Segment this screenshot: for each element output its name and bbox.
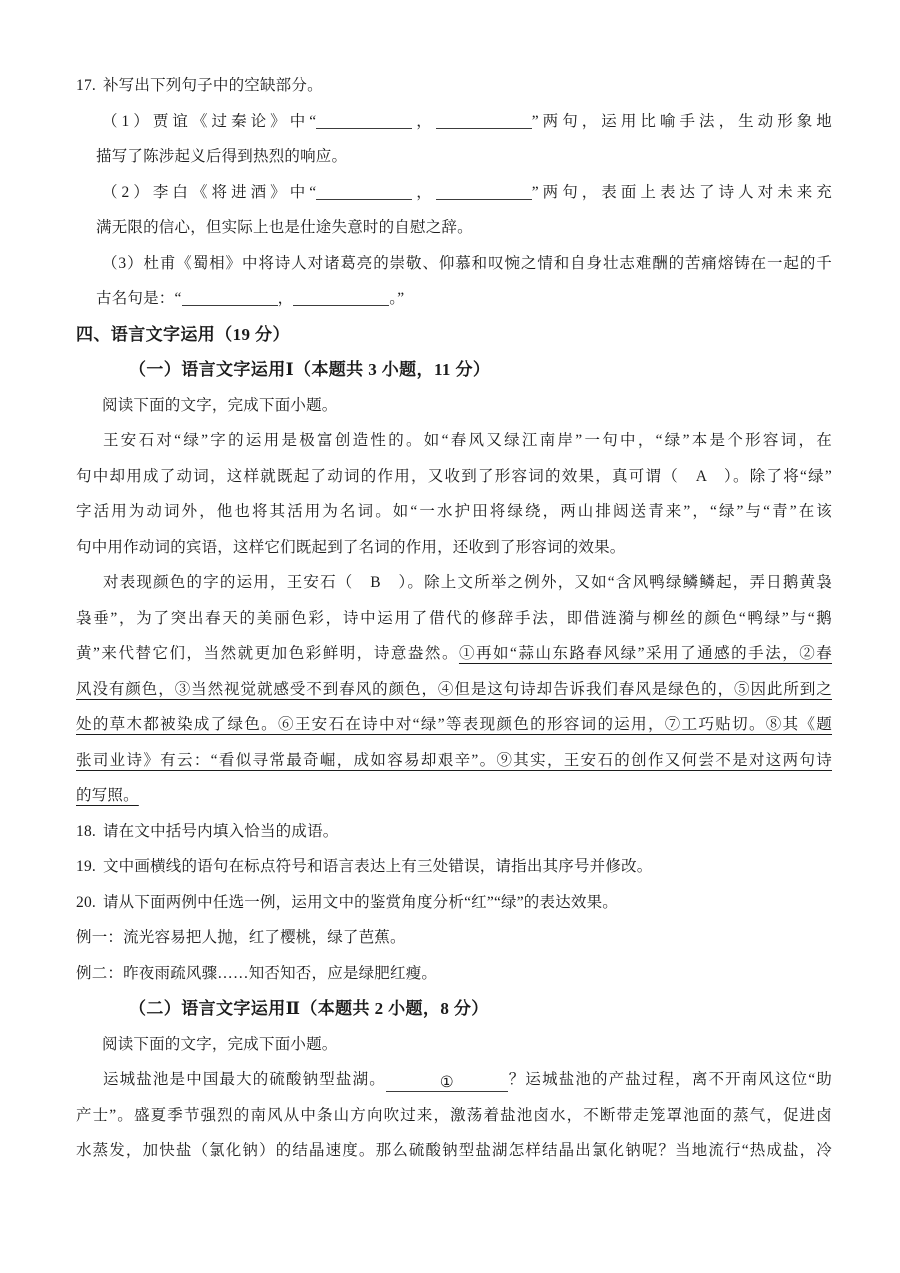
answer-blank bbox=[182, 292, 278, 306]
passage2-line6: 张司业诗》有云：“看似寻常最奇崛，成如容易却艰辛”。⑨其实，王安石的创作又何尝不… bbox=[76, 743, 832, 779]
blank-separator-comma: ， bbox=[278, 290, 294, 307]
q17-item2-line2: 满无限的信心，但实际上也是仕途失意时的自慰之辞。 bbox=[76, 210, 832, 246]
q19-number: 19. bbox=[76, 858, 96, 875]
passage3-line1: 运城盐池是中国最大的硫酸钠型盐湖。①？运城盐池的产盐过程，离不开南风这位“助 bbox=[76, 1062, 832, 1098]
q17-item1-line1: （1）贾谊《过秦论》中“，”两句，运用比喻手法，生动形象地 bbox=[76, 104, 832, 140]
q17-item2-pre-text: （2）李白《将进酒》中“ bbox=[102, 184, 316, 201]
passage2-line2-text: 袅垂”，为了突出春天的美丽色彩，诗中运用了借代的修辞手法，即借涟漪与柳丝的颜色“… bbox=[76, 610, 832, 627]
part2-reading-prompt-text: 阅读下面的文字，完成下面小题。 bbox=[102, 1036, 338, 1053]
blank-separator-comma: ， bbox=[412, 184, 435, 201]
part2-heading: （二）语言文字运用Ⅱ（本题共 2 小题，8 分） bbox=[76, 991, 832, 1027]
answer-blank bbox=[436, 115, 532, 129]
passage1-line3: 字活用为动词外，他也将其活用为名词。如“一水护田将绿绕，两山排闼送青来”，“绿”… bbox=[76, 494, 832, 530]
part1-heading-text: （一）语言文字运用Ⅰ（本题共 3 小题，11 分） bbox=[129, 360, 490, 379]
passage2-line5: 处的草木都被染成了绿色。⑥王安石在诗中对“绿”等表现颜色的形容词的运用，⑦工巧贴… bbox=[76, 707, 832, 743]
underlined-sentence-line: 风没有颜色，③当然视觉就感受不到春风的颜色，④但是这句诗却告诉我们春风是绿色的，… bbox=[76, 681, 832, 698]
passage1-line3-text: 字活用为动词外，他也将其活用为名词。如“一水护田将绿绕，两山排闼送青来”，“绿”… bbox=[76, 503, 832, 520]
part1-heading: （一）语言文字运用Ⅰ（本题共 3 小题，11 分） bbox=[76, 352, 832, 388]
q20-line: 20.请从下面两例中任选一例，运用文中的鉴赏角度分析“红”“绿”的表达效果。 bbox=[76, 885, 832, 921]
passage3-line2-text: 产士”。盛夏季节强烈的南风从中条山方向吹过来，激荡着盐池卤水，不断带走笼罩池面的… bbox=[76, 1107, 832, 1124]
blank-number-label: ① bbox=[440, 1074, 454, 1091]
passage2-line3-plain-text: 黄”来代替它们，当然就更加色彩鲜明，诗意盎然。 bbox=[76, 645, 459, 662]
q20-example2-text: 例二：昨夜雨疏风骤……知否知否，应是绿肥红瘦。 bbox=[76, 965, 437, 982]
q19-stem: 文中画横线的语句在标点符号和语言表达上有三处错误，请指出其序号并修改。 bbox=[103, 858, 653, 875]
passage3-line2: 产士”。盛夏季节强烈的南风从中条山方向吹过来，激荡着盐池卤水，不断带走笼罩池面的… bbox=[76, 1098, 832, 1134]
q17-number: 17. bbox=[76, 77, 96, 94]
q18-stem: 请在文中括号内填入恰当的成语。 bbox=[103, 823, 339, 840]
q17-item3-line1: （3）杜甫《蜀相》中将诗人对诸葛亮的崇敬、仰慕和叹惋之情和自身壮志难酬的苦痛熔铸… bbox=[76, 246, 832, 282]
passage2-line2: 袅垂”，为了突出春天的美丽色彩，诗中运用了借代的修辞手法，即借涟漪与柳丝的颜色“… bbox=[76, 601, 832, 637]
q17-item2-line1: （2）李白《将进酒》中“，”两句，表面上表达了诗人对未来充 bbox=[76, 175, 832, 211]
section4-heading-text: 四、语言文字运用（19 分） bbox=[76, 325, 290, 344]
passage1-line1: 王安石对“绿”字的运用是极富创造性的。如“春风又绿江南岸”一句中，“绿”本是个形… bbox=[76, 423, 832, 459]
passage2-line1: 对表现颜色的字的运用，王安石（ B ）。除上文所举之例外，又如“含风鸭绿鳞鳞起，… bbox=[76, 565, 832, 601]
q19-line: 19.文中画横线的语句在标点符号和语言表达上有三处错误，请指出其序号并修改。 bbox=[76, 849, 832, 885]
answer-blank bbox=[316, 115, 412, 129]
underlined-sentence-start: ①再如“蒜山东路春风绿”采用了通感的手法，②春 bbox=[459, 645, 832, 662]
passage1-line4-text: 句中用作动词的宾语，这样它们既起到了名词的作用，还收到了形容词的效果。 bbox=[76, 539, 626, 556]
q17-item3-pre-text: 古名句是：“ bbox=[96, 290, 182, 307]
passage3-line1-post-text: ？运城盐池的产盐过程，离不开南风这位“助 bbox=[508, 1071, 832, 1088]
q17-item1-continuation: 描写了陈涉起义后得到热烈的响应。 bbox=[96, 148, 347, 165]
passage2-line3: 黄”来代替它们，当然就更加色彩鲜明，诗意盎然。①再如“蒜山东路春风绿”采用了通感… bbox=[76, 636, 832, 672]
passage1-line1-text: 王安石对“绿”字的运用是极富创造性的。如“春风又绿江南岸”一句中，“绿”本是个形… bbox=[103, 432, 832, 449]
part1-reading-prompt-text: 阅读下面的文字，完成下面小题。 bbox=[102, 397, 338, 414]
q20-example2-line: 例二：昨夜雨疏风骤……知否知否，应是绿肥红瘦。 bbox=[76, 956, 832, 992]
q17-item3-line2: 古名句是：“，。” bbox=[76, 281, 832, 317]
q20-example1-text: 例一：流光容易把人抛，红了樱桃，绿了芭蕉。 bbox=[76, 929, 406, 946]
q17-item3-close-text: 。” bbox=[389, 290, 404, 307]
passage1-line2-text: 句中却用成了动词，这样就既起了动词的作用，又收到了形容词的效果，真可谓（ A ）… bbox=[76, 468, 832, 485]
passage3-line3-text: 水蒸发，加快盐（氯化钠）的结晶速度。那么硫酸钠型盐湖怎样结晶出氯化钠呢？当地流行… bbox=[76, 1142, 832, 1159]
passage1-line2: 句中却用成了动词，这样就既起了动词的作用，又收到了形容词的效果，真可谓（ A ）… bbox=[76, 459, 832, 495]
passage3-line1-pre-text: 运城盐池是中国最大的硫酸钠型盐湖。 bbox=[103, 1071, 386, 1088]
passage2-line4: 风没有颜色，③当然视觉就感受不到春风的颜色，④但是这句诗却告诉我们春风是绿色的，… bbox=[76, 672, 832, 708]
passage2-line7: 的写照。 bbox=[76, 778, 832, 814]
underlined-sentence-line: 张司业诗》有云：“看似寻常最奇崛，成如容易却艰辛”。⑨其实，王安石的创作又何尝不… bbox=[76, 752, 832, 769]
blank-separator-comma: ， bbox=[412, 113, 435, 130]
passage1-line4: 句中用作动词的宾语，这样它们既起到了名词的作用，还收到了形容词的效果。 bbox=[76, 530, 832, 566]
underlined-sentence-line: 处的草木都被染成了绿色。⑥王安石在诗中对“绿”等表现颜色的形容词的运用，⑦工巧贴… bbox=[76, 716, 832, 733]
numbered-answer-blank: ① bbox=[386, 1073, 508, 1092]
q20-example1-line: 例一：流光容易把人抛，红了樱桃，绿了芭蕉。 bbox=[76, 920, 832, 956]
q17-stem-line: 17.补写出下列句子中的空缺部分。 bbox=[76, 68, 832, 104]
q18-number: 18. bbox=[76, 823, 96, 840]
passage3-line3: 水蒸发，加快盐（氯化钠）的结晶速度。那么硫酸钠型盐湖怎样结晶出氯化钠呢？当地流行… bbox=[76, 1133, 832, 1169]
q17-item2-continuation: 满无限的信心，但实际上也是仕途失意时的自慰之辞。 bbox=[96, 219, 473, 236]
q17-item1-line2: 描写了陈涉起义后得到热烈的响应。 bbox=[76, 139, 832, 175]
answer-blank bbox=[316, 186, 412, 200]
underlined-sentence-end: 的写照。 bbox=[76, 787, 139, 804]
part1-reading-prompt: 阅读下面的文字，完成下面小题。 bbox=[76, 388, 832, 424]
section4-heading: 四、语言文字运用（19 分） bbox=[76, 317, 832, 353]
answer-blank bbox=[436, 186, 532, 200]
q17-stem: 补写出下列句子中的空缺部分。 bbox=[103, 77, 323, 94]
q20-stem: 请从下面两例中任选一例，运用文中的鉴赏角度分析“红”“绿”的表达效果。 bbox=[103, 894, 618, 911]
answer-blank bbox=[293, 292, 389, 306]
part2-reading-prompt: 阅读下面的文字，完成下面小题。 bbox=[76, 1027, 832, 1063]
q17-item1-pre-text: （1）贾谊《过秦论》中“ bbox=[102, 113, 316, 130]
passage2-line1-text: 对表现颜色的字的运用，王安石（ B ）。除上文所举之例外，又如“含风鸭绿鳞鳞起，… bbox=[103, 574, 832, 591]
part2-heading-text: （二）语言文字运用Ⅱ（本题共 2 小题，8 分） bbox=[129, 999, 489, 1018]
q18-line: 18.请在文中括号内填入恰当的成语。 bbox=[76, 814, 832, 850]
exam-document-page: 17.补写出下列句子中的空缺部分。 （1）贾谊《过秦论》中“，”两句，运用比喻手… bbox=[0, 0, 900, 1273]
q17-item2-post-text: ”两句，表面上表达了诗人对未来充 bbox=[532, 184, 832, 201]
q17-item1-post-text: ”两句，运用比喻手法，生动形象地 bbox=[532, 113, 832, 130]
q17-item3-text: （3）杜甫《蜀相》中将诗人对诸葛亮的崇敬、仰慕和叹惋之情和自身壮志难酬的苦痛熔铸… bbox=[102, 255, 832, 272]
q20-number: 20. bbox=[76, 894, 96, 911]
